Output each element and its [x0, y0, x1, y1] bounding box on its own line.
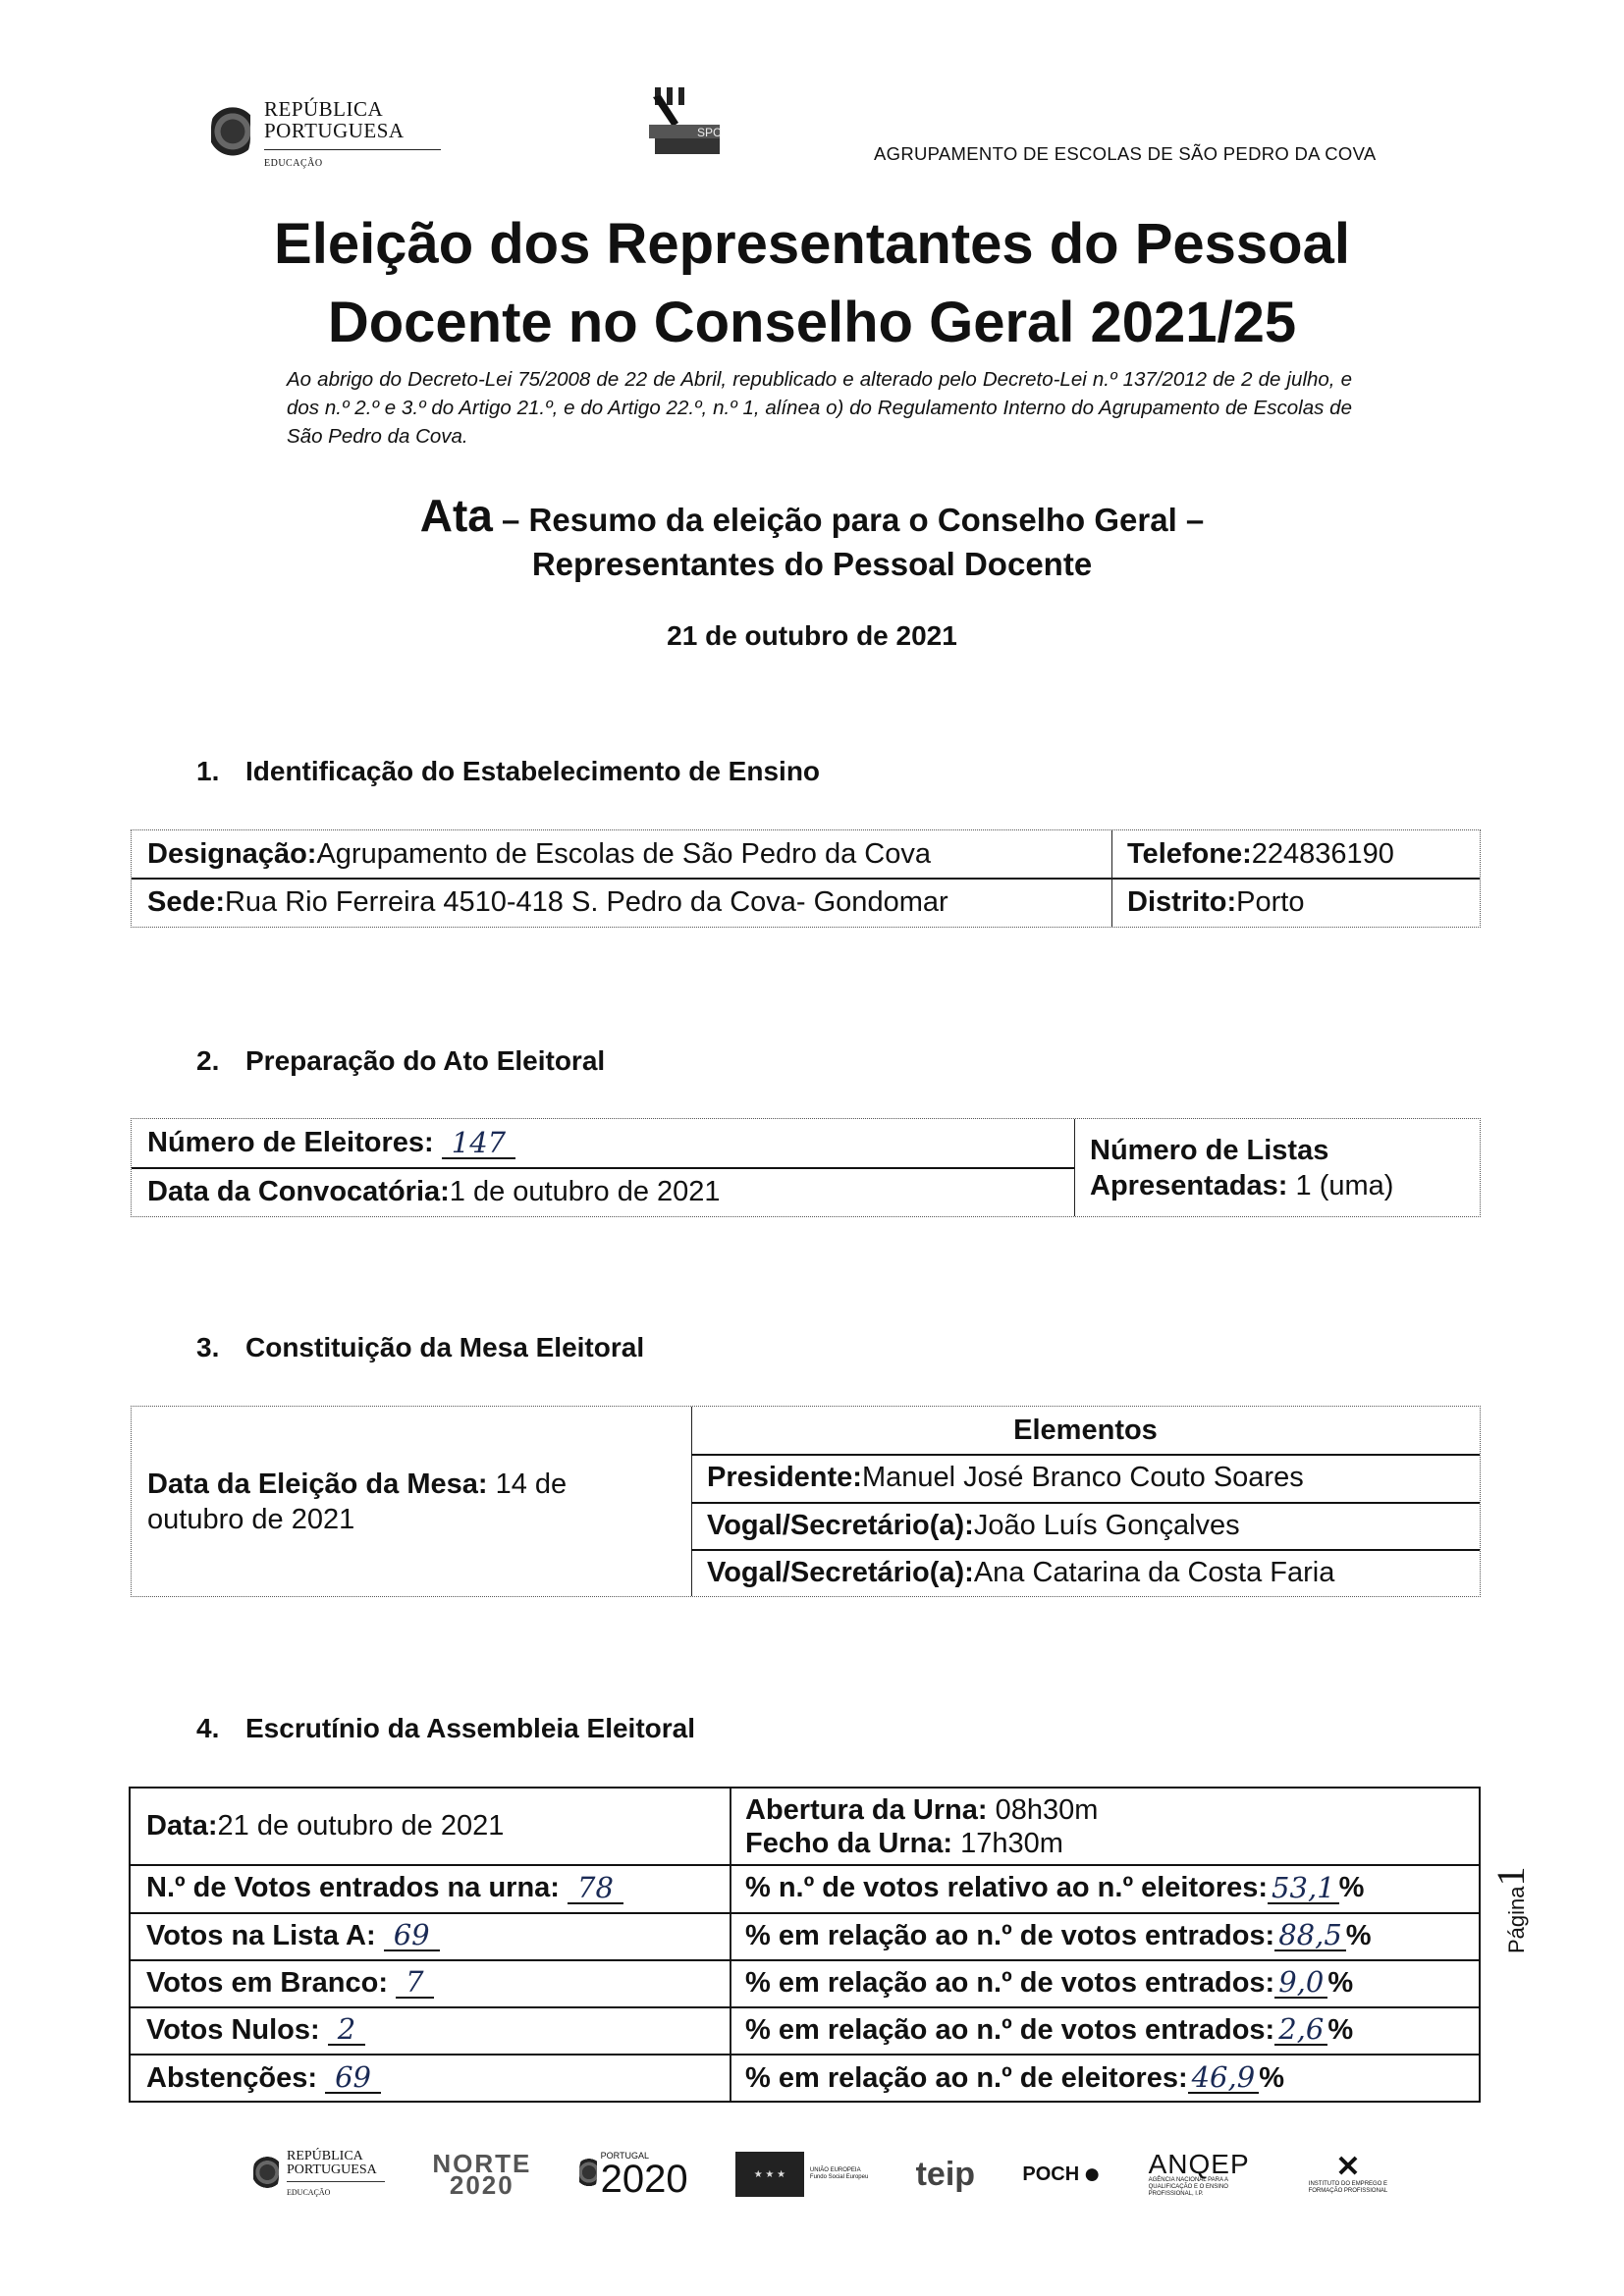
- handwritten-percentage: 88,5: [1274, 1920, 1346, 1951]
- document-title-line-2: Docente no Conselho Geral 2021/25: [0, 290, 1624, 356]
- member-row: Presidente: Manuel José Branco Couto Soa…: [691, 1454, 1480, 1502]
- legal-intro: Ao abrigo do Decreto-Lei 75/2008 de 22 d…: [287, 365, 1352, 451]
- data-eleicao-mesa-cell: Data da Eleição da Mesa: 14 de outubro d…: [132, 1407, 691, 1596]
- section-2-title: 2.Preparação do Ato Eleitoral: [196, 1045, 605, 1077]
- section-1-title: 1.Identificação do Estabelecimento de En…: [196, 756, 820, 787]
- member-row: Vogal/Secretário(a): João Luís Gonçalves: [691, 1502, 1480, 1549]
- section-3-title: 3.Constituição da Mesa Eleitoral: [196, 1332, 644, 1363]
- designacao-cell: Designação: Agrupamento de Escolas de Sã…: [132, 830, 1111, 878]
- vote-count-cell: Abstenções: 69: [131, 2054, 730, 2103]
- eu-fse-logo: ★ ★ ★ UNIÃO EUROPEIA Fundo Social Europe…: [735, 2152, 868, 2197]
- handwritten-value: 69: [325, 2062, 381, 2094]
- vote-count-cell: Votos em Branco: 7: [131, 1959, 730, 2006]
- logo-sub: EDUCAÇÃO: [264, 158, 441, 169]
- eu-flag-icon: ★ ★ ★: [735, 2152, 804, 2197]
- data-escrutinio-cell: Data: 21 de outubro de 2021: [131, 1789, 730, 1864]
- handwritten-value: 2: [328, 2014, 365, 2046]
- handwritten-percentage: 53,1: [1268, 1873, 1339, 1904]
- convocatoria-cell: Data da Convocatória: 1 de outubro de 20…: [132, 1167, 1074, 1216]
- republica-portuguesa-footer-logo: REPÚBLICA PORTUGUESA EDUCAÇÃO: [253, 2150, 385, 2200]
- iefp-logo: ✕ INSTITUTO DO EMPREGO E FORMAÇÃO PROFIS…: [1304, 2154, 1392, 2195]
- handwritten-value: 78: [568, 1873, 623, 1904]
- ata-label: Ata: [420, 490, 493, 541]
- ata-subtitle-1: – Resumo da eleição para o Conselho Gera…: [493, 502, 1204, 538]
- handwritten-percentage: 9,0: [1274, 1967, 1327, 1999]
- vote-count-cell: Votos na Lista A: 69: [131, 1912, 730, 1959]
- republica-portuguesa-logo: REPÚBLICA PORTUGUESA EDUCAÇÃO: [211, 98, 441, 169]
- coat-of-arms-icon: [253, 2155, 279, 2194]
- eleitores-handwritten: 147: [442, 1128, 515, 1159]
- school-name: AGRUPAMENTO DE ESCOLAS DE SÃO PEDRO DA C…: [874, 143, 1377, 165]
- vote-percentage-cell: % em relação ao n.º de eleitores:46,9%: [730, 2054, 1481, 2103]
- urna-times-cell: Abertura da Urna: 08h30m Fecho da Urna: …: [730, 1789, 1481, 1864]
- member-row: Vogal/Secretário(a): Ana Catarina da Cos…: [691, 1549, 1480, 1596]
- mesa-table: Data da Eleição da Mesa: 14 de outubro d…: [131, 1406, 1481, 1597]
- vote-percentage-cell: % n.º de votos relativo ao n.º eleitores…: [730, 1864, 1481, 1912]
- handwritten-percentage: 46,9: [1188, 2062, 1260, 2094]
- page-number-label: Página1: [1488, 1866, 1534, 1953]
- preparation-table: Número de Eleitores: 147 Data da Convoca…: [131, 1118, 1481, 1217]
- svg-text:SPC: SPC: [697, 126, 722, 139]
- ata-date: 21 de outubro de 2021: [0, 620, 1624, 652]
- iefp-mark-icon: ✕: [1335, 2154, 1360, 2181]
- document-title-line-1: Eleição dos Representantes do Pessoal: [0, 211, 1624, 278]
- anqep-logo: ANQEP AGÊNCIA NACIONAL PARA A QUALIFICAÇ…: [1149, 2152, 1257, 2198]
- poch-logo: POCH●: [1022, 2158, 1101, 2191]
- portugal-2020-logo: PORTUGAL 2020: [579, 2151, 688, 2198]
- ata-heading-line-1: Ata – Resumo da eleição para o Conselho …: [0, 489, 1624, 542]
- handwritten-value: 69: [384, 1920, 440, 1951]
- vote-percentage-cell: % em relação ao n.º de votos entrados:2,…: [730, 2006, 1481, 2054]
- head-icon: ●: [1083, 2158, 1101, 2191]
- coat-of-arms-icon: [211, 104, 250, 165]
- ata-heading-line-2: Representantes do Pessoal Docente: [0, 546, 1624, 583]
- eleitores-cell: Número de Eleitores: 147: [132, 1119, 1074, 1167]
- distrito-cell: Distrito: Porto: [1111, 878, 1480, 927]
- vote-percentage-cell: % em relação ao n.º de votos entrados:88…: [730, 1912, 1481, 1959]
- emblem-icon: [579, 2156, 597, 2193]
- elementos-header: Elementos: [691, 1407, 1480, 1454]
- vote-percentage-cell: % em relação ao n.º de votos entrados:9,…: [730, 1959, 1481, 2006]
- handwritten-percentage: 2,6: [1274, 2014, 1327, 2046]
- escrutinio-table: Data: 21 de outubro de 2021 Abertura da …: [129, 1787, 1481, 2103]
- listas-cell: Número de Listas Apresentadas: 1 (uma): [1074, 1119, 1480, 1216]
- section-4-title: 4.Escrutínio da Assembleia Eleitoral: [196, 1713, 695, 1744]
- logo-line-2: PORTUGUESA: [264, 120, 441, 141]
- handwritten-value: 7: [396, 1967, 433, 1999]
- school-seal-icon: SPC: [643, 83, 736, 160]
- funding-logos-bar: REPÚBLICA PORTUGUESA EDUCAÇÃO NORTE2020 …: [253, 2140, 1392, 2209]
- sede-cell: Sede: Rua Rio Ferreira 4510-418 S. Pedro…: [132, 878, 1111, 927]
- establishment-table: Designação: Agrupamento de Escolas de Sã…: [131, 829, 1481, 928]
- logo-line-1: REPÚBLICA: [264, 98, 441, 120]
- norte-2020-logo: NORTE2020: [432, 2153, 531, 2196]
- telefone-cell: Telefone: 224836190: [1111, 830, 1480, 878]
- teip-logo: teip: [916, 2156, 975, 2194]
- vote-count-cell: N.º de Votos entrados na urna: 78: [131, 1864, 730, 1912]
- vote-count-cell: Votos Nulos: 2: [131, 2006, 730, 2054]
- logo-rule: [264, 149, 441, 150]
